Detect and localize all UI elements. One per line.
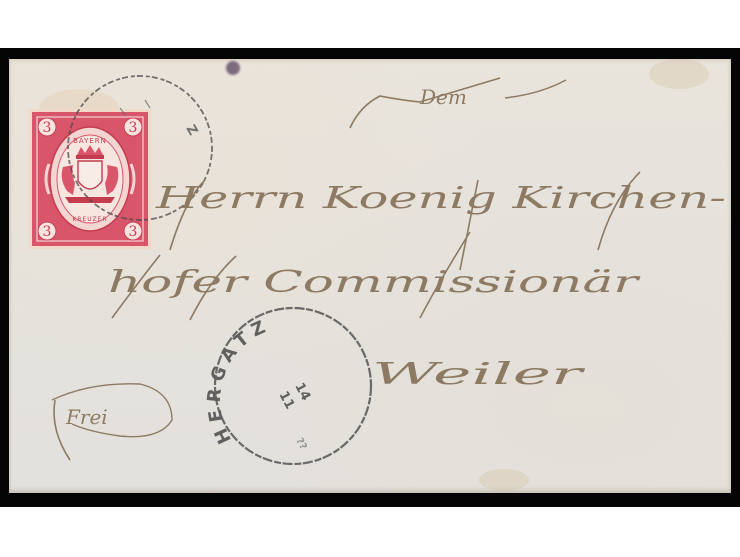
receiving-postmark: HERGATZ 14 11 ?? [204,308,371,464]
address-line-1: Herrn Koenig Kirchen- [154,181,726,216]
address-line-2: hofer Commissionär [108,265,641,300]
annotation-layer: Z HERGATZ 14 11 ?? Dem Herrn Koenig Kirc… [0,0,740,557]
postmark-letter: Z [183,123,201,139]
postmark-year: ?? [293,436,308,452]
manuscript-address: Dem Herrn Koenig Kirchen- hofer Commissi… [52,78,726,460]
franking-note: Frei [52,384,172,460]
destination-text: Weiler [372,357,586,392]
franking-note-text: Frei [65,405,108,429]
salutation-text: Dem [419,85,467,109]
